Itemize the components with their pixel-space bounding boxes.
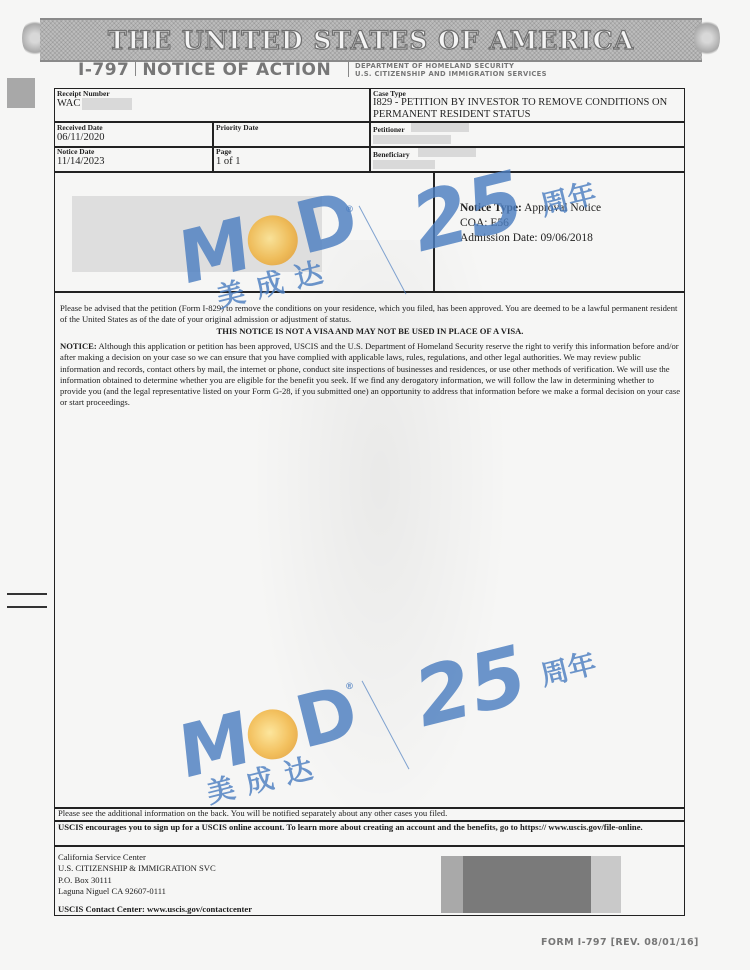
address-line: U.S. CITIZENSHIP & IMMIGRATION SVC <box>58 863 216 874</box>
department-line2: U.S. CITIZENSHIP AND IMMIGRATION SERVICE… <box>355 70 547 78</box>
service-center-address: California Service Center U.S. CITIZENSH… <box>58 852 216 897</box>
receipt-number-label: Receipt Number <box>57 89 110 98</box>
department-name: DEPARTMENT OF HOMELAND SECURITY U.S. CIT… <box>355 62 547 78</box>
watermark-registered: ® <box>345 205 354 215</box>
redacted-receipt-number <box>82 98 132 110</box>
received-date-label: Received Date <box>57 123 103 132</box>
priority-date-label: Priority Date <box>216 123 258 132</box>
fold-mark <box>7 593 47 595</box>
form-revision: FORM I-797 [REV. 08/01/16] <box>541 937 699 948</box>
address-line: Laguna Niguel CA 92607-0111 <box>58 886 216 897</box>
contact-center: USCIS Contact Center: www.uscis.gov/cont… <box>58 904 252 915</box>
divider <box>54 845 685 847</box>
notice-text: Although this application or petition ha… <box>60 341 680 407</box>
divider <box>369 88 371 172</box>
notice-date-value: 11/14/2023 <box>57 156 104 167</box>
notice-paragraph: NOTICE: Although this application or pet… <box>60 341 682 409</box>
visa-warning: THIS NOTICE IS NOT A VISA AND MAY NOT BE… <box>60 326 680 337</box>
form-name: NOTICE OF ACTION <box>142 60 331 80</box>
petitioner-label: Petitioner <box>373 125 405 134</box>
beneficiary-label: Beneficiary <box>373 150 410 159</box>
department-line1: DEPARTMENT OF HOMELAND SECURITY <box>355 62 547 70</box>
notice-label: NOTICE: <box>60 341 97 351</box>
approval-paragraph: Please be advised that the petition (For… <box>60 303 680 326</box>
divider <box>348 62 349 77</box>
additional-info: Please see the additional information on… <box>58 808 678 819</box>
redacted-barcode <box>441 856 621 913</box>
fold-mark <box>7 606 47 608</box>
receipt-number-value: WAC <box>57 98 80 109</box>
scan-mark <box>7 78 35 108</box>
case-type-value-line1: I829 - PETITION BY INVESTOR TO REMOVE CO… <box>373 97 667 108</box>
redacted-beneficiary <box>418 148 476 157</box>
divider <box>54 121 685 123</box>
banner-ornament-right <box>694 18 720 58</box>
banner-text: THE UNITED STATES OF AMERICA <box>108 26 634 55</box>
case-type-value-line2: PERMANENT RESIDENT STATUS <box>373 109 530 120</box>
divider <box>54 146 685 148</box>
redacted-beneficiary <box>373 160 435 169</box>
address-line: P.O. Box 30111 <box>58 875 216 886</box>
notice-date-label: Notice Date <box>57 147 94 156</box>
redacted-petitioner <box>411 123 469 132</box>
redacted-petitioner <box>373 135 451 144</box>
form-title: I-797NOTICE OF ACTION <box>78 60 331 80</box>
form-number: I-797 <box>78 60 129 80</box>
page-value: 1 of 1 <box>216 156 241 167</box>
page-label: Page <box>216 147 231 156</box>
divider <box>54 291 685 293</box>
online-account-notice: USCIS encourages you to sign up for a US… <box>58 822 668 833</box>
banner: THE UNITED STATES OF AMERICA <box>40 18 702 62</box>
watermark-registered: ® <box>345 682 354 692</box>
address-line: California Service Center <box>58 852 216 863</box>
received-date-value: 06/11/2020 <box>57 132 104 143</box>
